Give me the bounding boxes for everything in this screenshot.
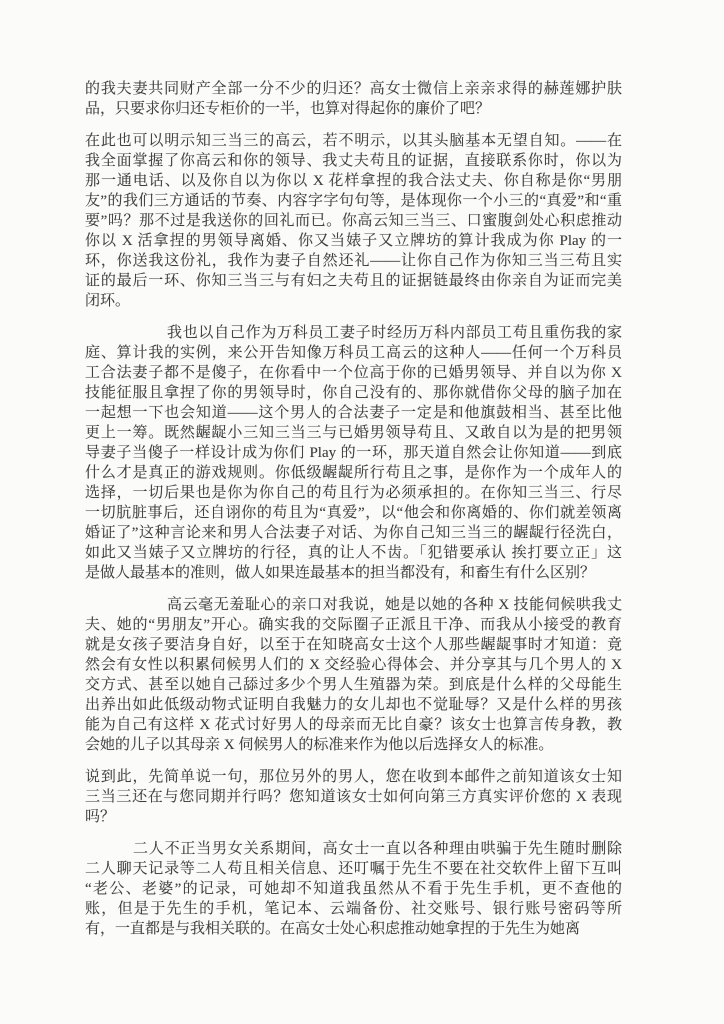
- text-line: 高云毫无羞耻心的亲口对我说，她是以她的各种 X 技能伺候哄我丈: [167, 595, 622, 615]
- paragraph: 高云毫无羞耻心的亲口对我说，她是以她的各种 X 技能伺候哄我丈夫、她的“男朋友”…: [85, 595, 622, 755]
- text-line: 就是女孩子要洁身自好，以至于在知晓高女士这个人那些龌龊事时才知道：竟: [85, 635, 622, 655]
- text-line: 我也以自己作为万科员工妻子时经历万科内部员工苟且重伤我的家: [167, 323, 622, 343]
- paragraph: 我也以自己作为万科员工妻子时经历万科内部员工苟且重伤我的家庭、算计我的实例，来公…: [85, 323, 622, 583]
- text-line: 如此又当婊子又立牌坊的行径，真的让人不齿。「犯错要承认 挨打要立正」这: [85, 543, 622, 563]
- text-line: 那一通电话、以及你自以为你以 X 花样拿捏的我合法丈夫、你自称是你“男朋: [85, 171, 622, 191]
- text-line: “老公、老婆”的记录，可她却不知道我虽然从不看于先生手机，更不查他的: [85, 879, 622, 899]
- text-line: 是做人最基本的准则，做人如果连最基本的担当都没有，和畜生有什么区别？: [85, 563, 622, 583]
- text-line: 环，你送我这份礼，我作为妻子自然还礼——让你自己作为你知三当三苟且实: [85, 251, 622, 271]
- text-line: 一切肮脏事后，还自诩你的苟且为“真爱”，以“他会和你离婚的、你们就差领离: [85, 503, 622, 523]
- text-line: 出养出如此低级动物式证明自我魅力的女儿却也不觉耻辱？又是什么样的男孩: [85, 695, 622, 715]
- text-line: 工合法妻子都不是傻子，在你看中一个位高于你的已婚男领导、并自以为你 X: [85, 363, 622, 383]
- text-line: 一起想一下也会知道——这个男人的合法妻子一定是和他旗鼓相当、甚至比他: [85, 403, 622, 423]
- text-line: 什么才是真正的游戏规则。你低级龌龊所行苟且之事，是你作为一个成年人的: [85, 463, 622, 483]
- text-line: 选择，一切后果也是你为你自己的苟且行为必须承担的。在你知三当三、行尽: [85, 483, 622, 503]
- text-line: 友”的我们三方通话的节奏、内容字字句句等，是体现你一个小三的“真爱”和“重: [85, 191, 622, 211]
- text-line: 的我夫妻共同财产全部一分不少的归还？高女士微信上亲亲求得的赫莲娜护肤: [85, 79, 622, 99]
- text-line: 你以 X 活拿捏的男领导离婚、你又当婊子又立牌坊的算计我成为你 Play 的一: [85, 231, 622, 251]
- text-line: 说到此，先简单说一句，那位另外的男人，您在收到本邮件之前知道该女士知: [85, 767, 622, 787]
- text-line: 然会有女性以积累伺候男人们的 X 交经验心得体会、并分享其与几个男人的 X: [85, 655, 622, 675]
- text-line: 二人不正当男女关系期间，高女士一直以各种理由哄骗于先生随时删除: [133, 839, 622, 859]
- paragraph: 在此也可以明示知三当三的高云，若不明示，以其头脑基本无望自知。——在我全面掌握了…: [85, 131, 622, 311]
- document-text-block: 的我夫妻共同财产全部一分不少的归还？高女士微信上亲亲求得的赫莲娜护肤品，只要求你…: [85, 79, 622, 939]
- text-line: 夫、她的“男朋友”开心。确实我的交际圈子正派且干净、而我从小接受的教育: [85, 615, 622, 635]
- document-page: 的我夫妻共同财产全部一分不少的归还？高女士微信上亲亲求得的赫莲娜护肤品，只要求你…: [0, 0, 724, 1024]
- text-line: 要”吗？那不过是我送你的回礼而已。你高云知三当三、口蜜腹剑处心积虑推动: [85, 211, 622, 231]
- text-line: 品，只要求你归还专柜价的一半，也算对得起你的廉价了吧？: [85, 99, 622, 119]
- text-line: 吗？: [85, 807, 622, 827]
- text-line: 导妻子当傻子一样设计成为你们 Play 的一环，那天道自然会让你知道——到底: [85, 443, 622, 463]
- text-line: 庭、算计我的实例，来公开告知像万科员工高云的这种人——任何一个万科员: [85, 343, 622, 363]
- paragraph: 的我夫妻共同财产全部一分不少的归还？高女士微信上亲亲求得的赫莲娜护肤品，只要求你…: [85, 79, 622, 119]
- text-line: 账，但是于先生的手机，笔记本、云端备份、社交账号、银行账号密码等所: [85, 899, 622, 919]
- text-line: 婚证了”这种言论来和男人合法妻子对话、为你自己知三当三的龌龊行径洗白，: [85, 523, 622, 543]
- text-line: 在此也可以明示知三当三的高云，若不明示，以其头脑基本无望自知。——在: [85, 131, 622, 151]
- paragraph: 二人不正当男女关系期间，高女士一直以各种理由哄骗于先生随时删除二人聊天记录等二人…: [85, 839, 622, 939]
- text-line: 我全面掌握了你高云和你的领导、我丈夫苟且的证据，直接联系你时，你以为: [85, 151, 622, 171]
- text-line: 二人聊天记录等二人苟且相关信息、还叮嘱于先生不要在社交软件上留下互叫: [85, 859, 622, 879]
- paragraph: 说到此，先简单说一句，那位另外的男人，您在收到本邮件之前知道该女士知三当三还在与…: [85, 767, 622, 827]
- text-line: 闭环。: [85, 291, 622, 311]
- text-line: 三当三还在与您同期并行吗？您知道该女士如何向第三方真实评价您的 X 表现: [85, 787, 622, 807]
- text-line: 有，一直都是与我相关联的。在高女士处心积虑推动她拿捏的于先生为她离: [85, 919, 622, 939]
- text-line: 更上一筹。既然龌龊小三知三当三与已婚男领导苟且、又敢自以为是的把男领: [85, 423, 622, 443]
- text-line: 能为自己有这样 X 花式讨好男人的母亲而无比自豪？该女士也算言传身教，教: [85, 715, 622, 735]
- text-line: 技能征服且拿捏了你的男领导时，你自己没有的、那你就借你父母的脑子加在: [85, 383, 622, 403]
- text-line: 会她的儿子以其母亲 X 伺候男人的标准来作为他以后选择女人的标准。: [85, 735, 622, 755]
- text-line: 证的最后一环、你知三当三与有妇之夫苟且的证据链最终由你亲自为证而完美: [85, 271, 622, 291]
- text-line: 交方式、甚至以她自己舔过多少个男人生殖器为荣。到底是什么样的父母能生: [85, 675, 622, 695]
